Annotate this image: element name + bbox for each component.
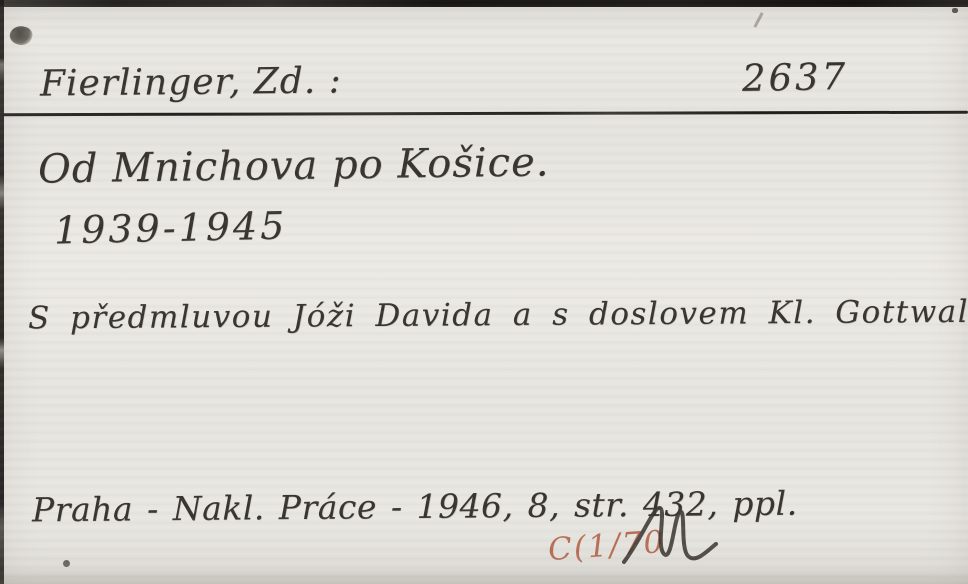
shelfmark-stamp: C(1/70 — [547, 524, 667, 568]
preface-note: S předmluvou Jóži Davida a s doslovem Kl… — [28, 294, 968, 337]
ink-blot — [8, 23, 35, 48]
imprint-line: Praha - Nakl. Práce - 1946, 8, str. 432,… — [32, 484, 798, 530]
scan-edge-left — [0, 0, 4, 584]
speck-scratch — [753, 12, 763, 28]
heading-rule — [0, 111, 968, 117]
speck-dot — [63, 560, 70, 567]
catalog-card-scan: Fierlinger, Zd. : 2637 Od Mnichova po Ko… — [0, 0, 968, 584]
scan-edge-top — [0, 0, 968, 7]
author-heading: Fierlinger, Zd. : — [40, 60, 342, 104]
coverage-years: 1939-1945 — [54, 204, 288, 253]
book-title: Od Mnichova po Košice. — [38, 139, 550, 192]
speck-corner — [952, 8, 958, 13]
catalog-number: 2637 — [742, 55, 849, 100]
scan-edge-bottom — [0, 568, 968, 584]
